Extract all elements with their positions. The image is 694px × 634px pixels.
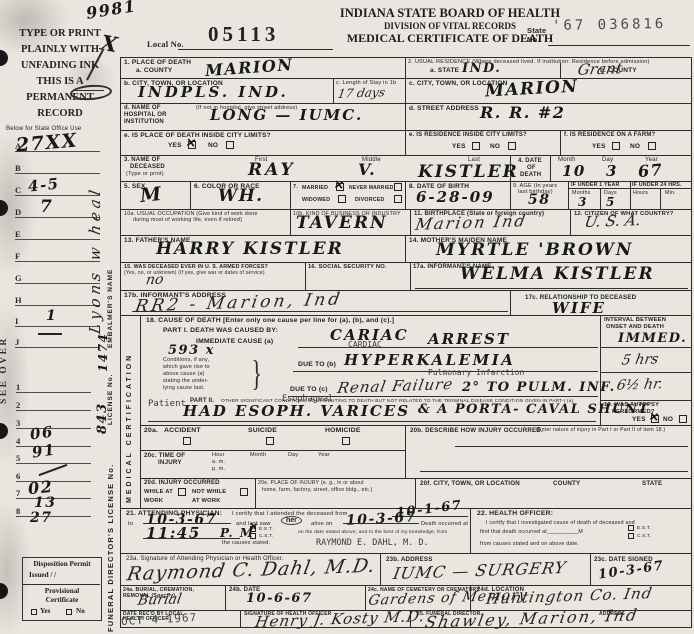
scribble-line [74,90,104,91]
writing-line [143,538,240,539]
due-to-c-label: DUE TO (c) [290,386,328,393]
notice-line: TYPE OR PRINT [8,26,112,42]
autopsy-yes-checkbox [651,415,659,423]
state-no-stamp: '67 036816 [552,16,667,34]
vertical-handwritten-note: Lyons w heal [86,185,104,335]
cst-label: C.S.T. [259,534,273,539]
grid-line [600,188,601,209]
cause-b-value: HYPERKALEMIA [344,351,515,369]
yes-label: YES [592,143,606,150]
burial-value: Burial [136,591,182,609]
death-time-value: 11:45 [146,524,201,542]
divorced-checkbox [394,195,402,203]
length-of-stay-value: 17 days [337,85,387,101]
writing-line [288,396,598,397]
middle-name-value: V. [358,160,376,179]
embalmer-license-no-handwritten: 1474 [96,333,110,372]
residence-city-limits-no-checkbox [508,142,516,150]
certificate-label: Certificate [26,596,98,604]
provisional-label: Provisional [26,587,98,595]
pm-label: p. m. [212,466,225,472]
date-of-birth-value: 6-28-09 [416,188,495,206]
grid-line [600,372,692,373]
her-oval-stamp: her [281,516,302,525]
under-24-hrs-label: IF UNDER 24 HRS. [632,182,682,188]
title-line-1: INDIANA STATE BOARD OF HEALTH [330,6,570,21]
health-officer-text-1: I certify that I investigated cause of d… [486,520,635,526]
divider [23,584,100,585]
punch-hole [0,583,8,599]
grid-line [660,188,661,209]
injury-city-label: 20f. CITY, TOWN, OR LOCATION [420,480,520,487]
local-no-label: Local No. [147,39,184,49]
office-entry-8: 13 [34,495,56,511]
residence-county-value: Grant [576,59,623,79]
armed-forces-value: no [145,272,165,289]
see-over-label: SEE OVER [0,336,9,404]
writing-line [420,471,688,472]
death-city-limits-yes-checkbox [188,141,196,149]
physician-typed-name: RAYMOND E. DAHL, M. D. [316,538,429,548]
alive-on-label: alive on [311,521,333,527]
disposition-label: Disposition Permit [26,560,98,568]
notice-line: RECORD [8,106,112,122]
part1-label: PART I. DEATH WAS CAUSED BY: [163,327,278,334]
while-at-work-checkbox [178,488,186,496]
medical-certification-label: MEDICAL CERTIFICATION [126,353,133,503]
never-married-checkbox [394,183,402,191]
funeral-director-license-label: FUNERAL DIRECTOR'S LICENSE No. [106,464,115,632]
name-of-deceased-label: 3. NAME OF [124,157,160,163]
conditions-note-1: Conditions, if any, [163,357,209,363]
describe-injury-note: (Enter nature of injury in Part I or Par… [536,427,665,433]
interval-label-2: ONSET AND DEATH [606,324,664,330]
homicide-label: HOMICIDE [325,427,361,434]
physician-est-checkbox [250,526,256,532]
conditions-brace: } [251,352,261,394]
death-month-value: 10 [562,162,586,180]
health-officer-label: 22. HEALTH OFFICER: [477,510,553,517]
injury-day-label: Day [288,452,298,458]
cause-a-value-2: ARREST [428,330,510,348]
to-label: to [128,521,133,527]
type-or-print-label: (Type or print) [126,171,164,177]
widowed-checkbox [338,195,346,203]
interval-b-value: 5 hrs [620,351,659,368]
residence-state-label: a. STATE [430,67,459,74]
occupation-label2: during most of working life, even if ret… [133,217,242,223]
physician-cert-text-2: on the date stated above; and to the bes… [298,530,447,535]
office-entry-d: 7 [40,197,53,217]
no-label: NO [490,143,500,150]
injury-state-label: STATE [642,480,662,487]
sex-value: M [139,183,164,207]
accident-checkbox [183,437,191,445]
hospital-value: LONG — IUMC. [210,106,363,124]
writing-line [455,446,688,447]
divorced-label: DIVORCED [355,197,385,203]
suicide-label: SUICIDE [248,427,277,434]
officer-cst-label: C.S.T. [637,534,651,539]
accident-label: ACCIDENT [164,427,201,434]
relationship-value: WIFE [552,299,606,317]
death-city-limits-no-checkbox [226,141,234,149]
item7-label: 7. [293,184,298,190]
permanent-record-notice: TYPE OR PRINT PLAINLY WITH UNFADING INK … [8,26,112,122]
punch-hole [0,50,8,66]
not-while-at-work-checkbox [240,488,248,496]
armed-forces-label2: (Yes, no, or unknown) (If yes, give war … [124,270,265,276]
residence-farm-label: f. IS RESIDENCE ON A FARM? [564,132,655,138]
hospital-label2: HOSPITAL OR [124,112,167,118]
no-label: NO [208,142,218,149]
last-name-value: KISTLER [418,162,519,182]
officer-est-label: E.S.T. [637,526,651,531]
business-industry-value: TAVERN [296,213,388,233]
injury-year-label: Year [318,452,330,458]
death-city-limits-label: e. IS PLACE OF DEATH INSIDE CITY LIMITS? [124,132,271,139]
cause-a-typed-correction: CARDIAC [348,340,382,349]
residence-farm-no-checkbox [648,142,656,150]
office-entry-i: 1 [46,308,57,324]
notice-line: PLAINLY WITH [8,42,112,58]
provisional-yes-checkbox [31,609,37,615]
causes-stated-label: the causes stated. [222,540,270,546]
married-label: MARRIED [302,185,328,191]
office-line-1: 1 [16,382,91,393]
conditions-note-4: stating the under- [163,378,209,384]
place-of-death-label: 1. PLACE OF DEATH [124,59,191,66]
residence-farm-yes-checkbox [612,142,620,150]
punch-hole [0,423,8,439]
injury-county-label: COUNTY [553,480,580,487]
grid-line [560,63,561,78]
social-security-label: 16. SOCIAL SECURITY NO. [308,264,387,270]
officer-est-checkbox [628,525,634,531]
state-no-line [548,45,690,46]
hours-label: Hours [633,190,648,196]
health-officer-text-2: find that death occurred at__________M [480,529,583,535]
health-officer-text-3: from causes stated and on above date. [480,541,579,547]
death-city-value: INDPLS. IND. [138,83,289,101]
interval-a-value: IMMED. [618,331,687,346]
autopsy-no-checkbox [679,415,687,423]
at-work-label: AT WORK [192,498,221,504]
office-entry-5: 91 [31,440,57,461]
conditions-note-2: which gave rise to [163,364,210,370]
suicide-checkbox [266,437,274,445]
writing-line [148,421,596,422]
not-while-label: NOT WHILE [192,489,226,495]
under-1-year-label: IF UNDER 1 YEAR [571,182,620,188]
part2-value-1: HAD ESOPH. VARICES [183,402,410,420]
office-entry-a: 27XX [15,129,79,156]
no-label: NO [663,416,673,423]
disposition-issued-label: Issued / / [29,571,56,579]
local-no-line [178,49,333,50]
writing-line [415,288,688,289]
mother-name-value: MYRTLE 'BROWN [436,240,633,260]
date-of-death-label2: OF [527,165,536,171]
place-of-injury-label: 20e. PLACE OF INJURY (e. g., in or about [258,480,364,486]
provisional-no-checkbox [66,609,72,615]
patient-typed-correction: Patient [148,399,186,409]
citizen-value: U. S. A. [583,211,642,231]
residence-city-limits-label: e. IS RESIDENCE INSIDE CITY LIMITS? [409,132,527,138]
writing-line [343,523,419,524]
hospital-label: d. NAME OF [124,105,161,111]
street-address-label: d. STREET ADDRESS [409,105,479,112]
office-line-2: 2 [16,400,91,411]
serial-number-handwritten: 9981 [85,0,138,23]
her-stamped: her [281,516,302,525]
disposition-permit-box: Disposition Permit Issued / / Provisiona… [22,557,102,621]
hour-label: Hour [212,452,225,458]
county-label: a. COUNTY [136,67,172,74]
min-label: Min. [665,190,676,196]
death-certificate-scan: 9981 Local No. 05113 INDIANA STATE BOARD… [0,0,694,634]
part2-value-2: & A PORTA- CAVAL SHUNT [418,402,649,417]
injury-month-label: Month [250,452,266,458]
pen-dash [38,333,62,335]
street-address-value: R. R. #2 [480,103,565,122]
cause-c-value-2: 2° TO PULM. INF. [462,380,616,395]
physician-cst-checkbox [250,533,256,539]
work-label: WORK [144,498,163,504]
funeral-director-license-no-handwritten: 843 [95,402,110,434]
conditions-note-3: above cause (a) [163,371,205,377]
grid-line [600,347,692,348]
est-label: E.S.T. [259,527,273,532]
residence-state-value: IND. [462,61,501,76]
injury-occurred-label: 20d. INJURY OCCURRED [144,480,220,486]
birthplace-value: Marion Ind [414,211,529,234]
color-race-value: WH. [218,186,264,206]
death-day-value: 3 [606,162,618,180]
yes-label: YES [168,142,182,149]
conditions-note-5: lying cause last. [163,385,205,391]
office-entry-c: 4-5 [27,174,60,195]
grid-line [630,181,631,209]
deceased-label: DECEASED [130,164,165,170]
interval-label-1: INTERVAL BETWEEN [604,317,666,323]
yes-label: YES [632,416,646,423]
provisional-yes-label: Yes [40,607,50,615]
time-of-injury-label2: INJURY [158,459,182,466]
due-to-b-label: DUE TO (b) [298,361,336,368]
provisional-no-label: No [76,607,85,615]
office-line-j: J [15,337,100,348]
residence-city-limits-yes-checkbox [472,142,480,150]
age-value: 58 [528,192,550,208]
describe-injury-label: 20b. DESCRIBE HOW INJURY OCCURRED. [410,427,543,434]
widowed-label: WIDOWED [302,197,330,203]
punch-hole [0,200,8,216]
cause-code-handwritten: 593 x [168,343,215,358]
homicide-checkbox [342,437,350,445]
never-married-label: NEVER MARRIED [349,185,394,191]
office-entry-8b: 27 [30,510,52,526]
place-of-injury-label2: home, farm, factory, street, office bldg… [262,487,373,493]
officer-cst-checkbox [628,533,634,539]
time-of-injury-label: 20c. TIME OF [144,452,185,459]
state-no-label2: No. [527,35,540,44]
death-occurred-label: Death occurred at [421,521,468,527]
writing-line [132,311,508,312]
married-checkbox [336,183,344,191]
informant-name-value: WELMA KISTLER [460,264,655,284]
accident-num-label: 20a. [144,427,158,434]
cause-of-death-label: 18. CAUSE OF DEATH [Enter only one cause… [146,317,394,324]
burial-date-value: 10-6-67 [246,591,313,606]
date-of-death-label: 4. DATE [518,158,542,164]
state-no-label: State [527,26,546,35]
hospital-label3: INSTITUTION [124,119,164,125]
date-of-death-label3: DEATH [520,172,541,178]
father-name-value: HARRY KISTLER [156,239,344,259]
months-value: 3 [578,195,588,209]
while-at-label: WHILE AT [144,489,173,495]
no-label: NO [630,143,640,150]
yes-label: YES [452,143,466,150]
office-line-3: 3 [16,418,91,429]
office-line-b: B [15,163,100,174]
death-year-value: 67 [637,160,664,181]
local-no-value: 05113 [208,22,279,47]
interval-c-value: 6½ hr. [615,376,664,394]
days-value: 5 [606,195,616,209]
first-name-value: RAY [248,160,296,180]
am-label: a. m. [212,459,225,465]
